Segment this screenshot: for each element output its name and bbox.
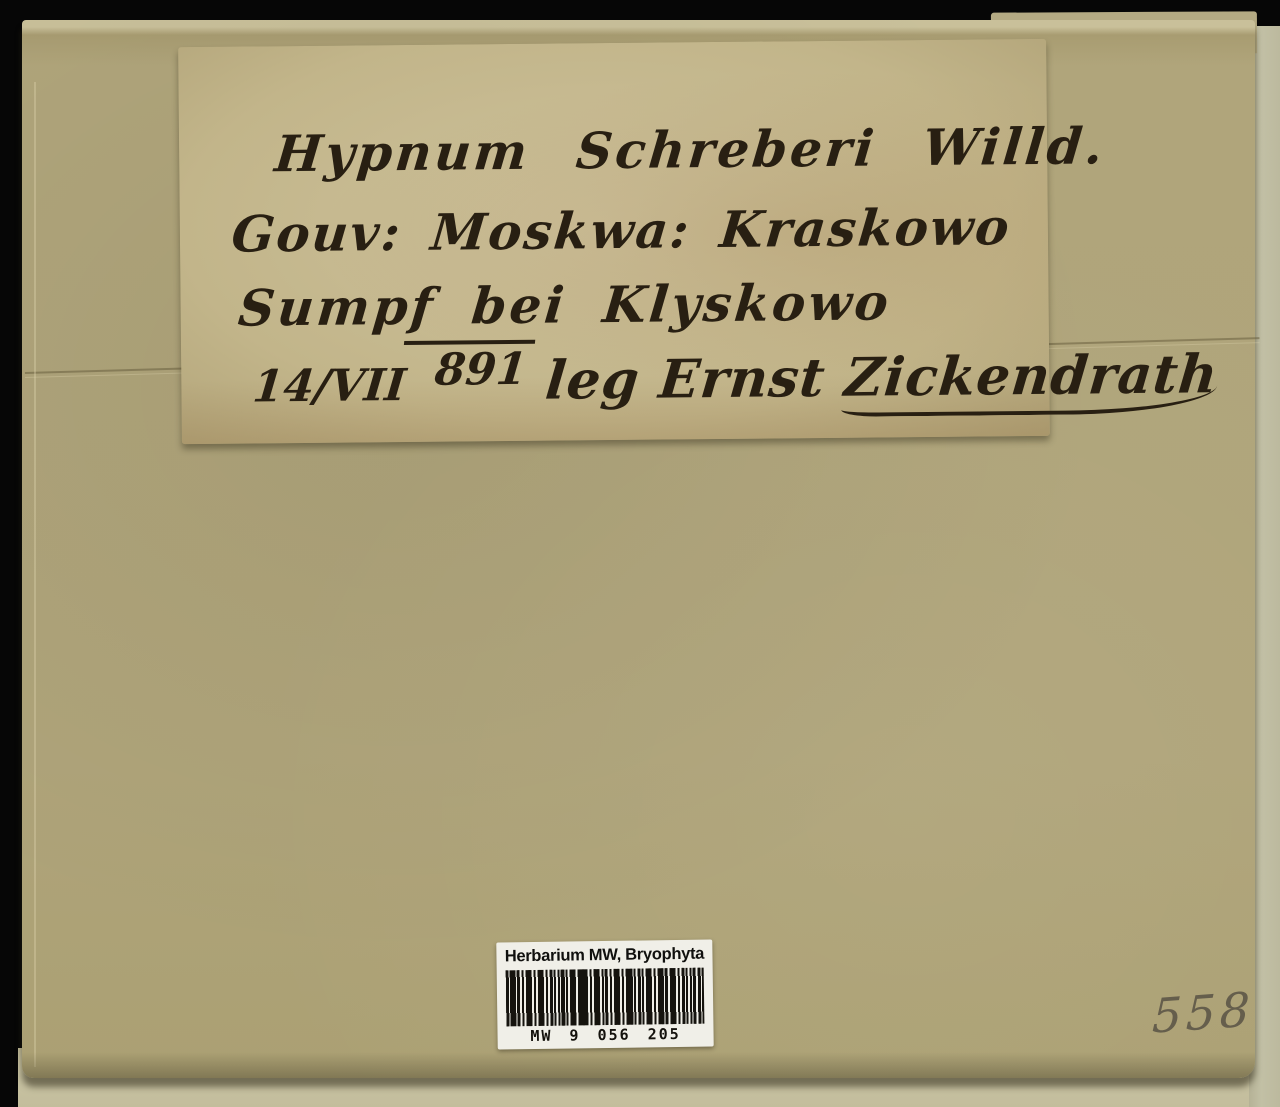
label-date-collector-line: 14/VII891leg Ernst Zickendrath [250, 343, 1221, 414]
barcode [506, 968, 705, 1027]
barcode-number: MW 9 056 205 [530, 1025, 681, 1045]
label-collector: leg Ernst Zickendrath [543, 343, 1221, 412]
label-habitat-line: Sumpf bei Klyskowo [236, 272, 894, 337]
label-species-line: Hypnum Schreberi Willd. [272, 116, 1108, 183]
handwritten-label: Hypnum Schreberi Willd. Gouv: Moskwa: Kr… [178, 39, 1050, 444]
label-date: 14/VII [251, 360, 408, 413]
envelope-left-crease [34, 82, 36, 1067]
label-collector-prefix: leg Ernst [543, 347, 828, 412]
accession-number: 558 [1151, 982, 1254, 1044]
barcode-sticker: Herbarium MW, Bryophyta MW 9 056 205 [496, 939, 713, 1049]
specimen-photo: Hypnum Schreberi Willd. Gouv: Moskwa: Kr… [0, 0, 1280, 1107]
label-collector-surname: Zickendrath [841, 343, 1221, 417]
label-year: 891 [399, 340, 536, 396]
barcode-sticker-title: Herbarium MW, Bryophyta [505, 945, 705, 967]
label-locality-line: Gouv: Moskwa: Kraskowo [229, 197, 1013, 264]
